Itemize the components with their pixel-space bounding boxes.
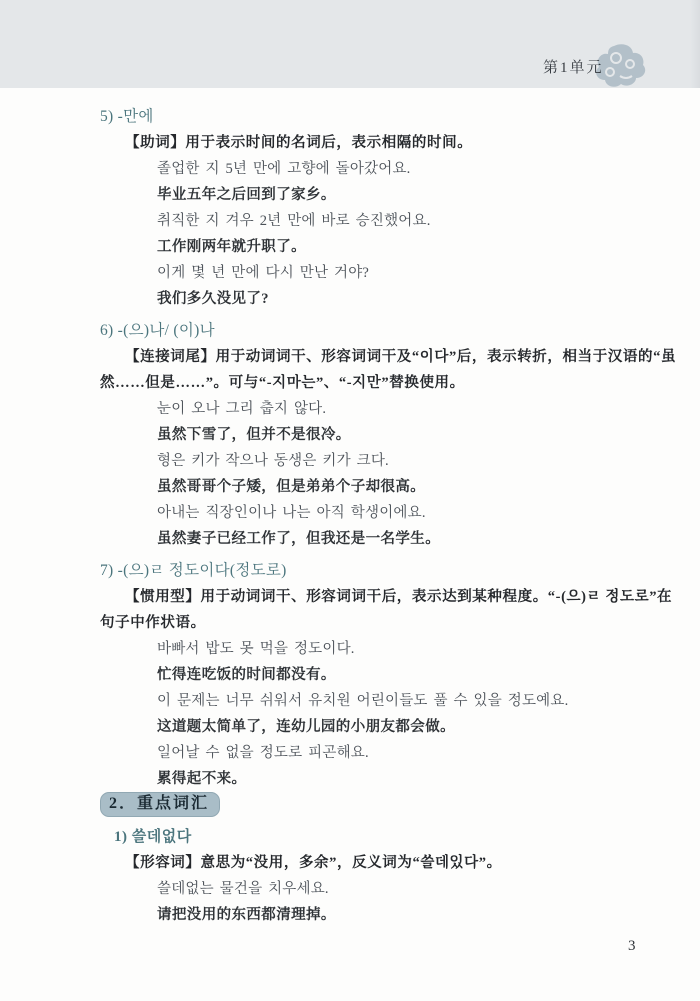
grammar-point-title: 7) -(으)ㄹ 정도이다(정도로) [100,558,648,584]
korean-example: 바빠서 밥도 못 먹을 정도이다. [100,636,648,662]
grammar-point-title: 6) -(으)나/ (이)나 [100,318,648,344]
korean-example: 아내는 직장인이나 나는 아직 학생이에요. [100,500,648,526]
korean-example: 졸업한 지 5년 만에 고향에 돌아갔어요. [100,156,648,182]
chinese-translation: 忙得连吃饭的时间都没有。 [100,662,648,688]
grammar-section-5: 5) -만에 【助词】用于表示时间的名词后，表示相隔的时间。 졸업한 지 5년 … [100,104,648,312]
grammar-section-7: 7) -(으)ㄹ 정도이다(정도로) 【惯用型】用于动词词干、形容词词干后，表示… [100,558,648,792]
korean-example: 쓸데없는 물건을 치우세요. [100,876,648,902]
chinese-translation: 我们多久没见了? [100,286,648,312]
korean-example: 이게 몇 년 만에 다시 만난 거야? [100,260,648,286]
chinese-translation: 工作刚两年就升职了。 [100,234,648,260]
vocab-heading-wrap: 2．重点词汇 [100,792,648,817]
definition-line: 【形容词】意思为“没用，多余”，反义词为“쓸데있다”。 [100,850,648,876]
chinese-translation: 请把没用的东西都清理掉。 [100,902,648,928]
korean-example: 취직한 지 겨우 2년 만에 바로 승진했어요. [100,208,648,234]
grammar-point-title: 5) -만에 [100,104,648,130]
section-heading-badge: 2．重点词汇 [100,792,220,817]
definition-line: 句子中作状语。 [100,610,648,636]
vocab-word-title: 1) 쓸데없다 [100,824,648,850]
korean-example: 형은 키가 작으나 동생은 키가 크다. [100,448,648,474]
page-content: 5) -만에 【助词】用于表示时间的名词后，表示相隔的时间。 졸업한 지 5년 … [100,104,648,928]
chinese-translation: 虽然下雪了，但并不是很冷。 [100,422,648,448]
definition-line: 【惯用型】用于动词词干、形容词词干后，表示达到某种程度。“-(으)ㄹ 정도로”在 [100,584,648,610]
vocab-item-1: 1) 쓸데없다 【形容词】意思为“没用，多余”，反义词为“쓸데있다”。 쓸데없는… [100,824,648,928]
definition-line: 【助词】用于表示时间的名词后，表示相隔的时间。 [100,130,648,156]
korean-example: 눈이 오나 그리 춥지 않다. [100,396,648,422]
chinese-translation: 虽然妻子已经工作了，但我还是一名学生。 [100,526,648,552]
chinese-translation: 毕业五年之后回到了家乡。 [100,182,648,208]
page-number: 3 [628,938,636,955]
chinese-translation: 累得起不来。 [100,766,648,792]
chinese-translation: 虽然哥哥个子矮，但是弟弟个子却很高。 [100,474,648,500]
grammar-section-6: 6) -(으)나/ (이)나 【连接词尾】用于动词词干、形容词词干及“이다”后，… [100,318,648,552]
korean-example: 이 문제는 너무 쉬워서 유치원 어린이들도 풀 수 있을 정도예요. [100,688,648,714]
chinese-translation: 这道题太简单了，连幼儿园的小朋友都会做。 [100,714,648,740]
korean-example: 일어날 수 없을 정도로 피곤해요. [100,740,648,766]
definition-line: 然……但是……”。可与“-지마는”、“-지만”替换使用。 [100,370,648,396]
unit-title: 第1单元 [543,56,604,77]
scan-edge-shadow [690,0,700,88]
definition-line: 【连接词尾】用于动词词干、形容词词干及“이다”后，表示转折，相当于汉语的“虽 [100,344,648,370]
